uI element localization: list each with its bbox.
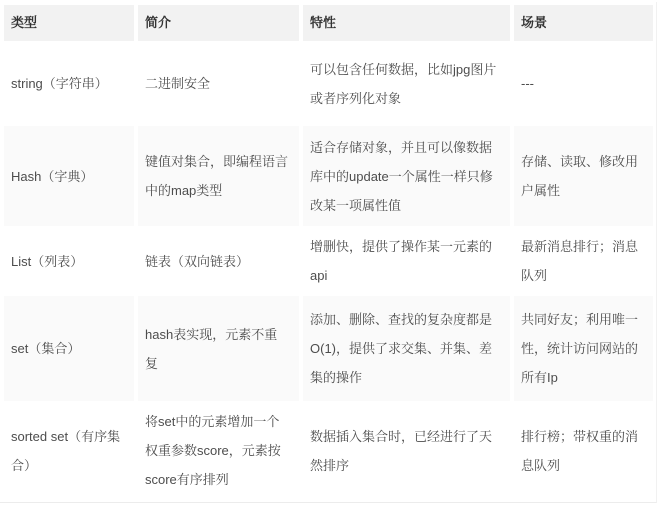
cell-scenario: 排行榜；带权重的消息队列 [514,401,653,500]
cell-type: List（列表） [4,226,134,296]
table-row-set: set（集合） hash表实现，元素不重复 添加、删除、查找的复杂度都是O(1)… [4,296,653,401]
table-row-list: List（列表） 链表（双向链表） 增删快，提供了操作某一元素的api 最新消息… [4,226,653,296]
cell-intro: 二进制安全 [138,41,299,126]
redis-types-table-container: 类型 简介 特性 场景 string（字符串） 二进制安全 可以包含任何数据，比… [0,2,657,503]
cell-type: Hash（字典） [4,126,134,226]
cell-scenario: 共同好友；利用唯一性，统计访问网站的所有Ip [514,296,653,401]
table-header-row: 类型 简介 特性 场景 [4,5,653,41]
table-row-string: string（字符串） 二进制安全 可以包含任何数据，比如jpg图片或者序列化对… [4,41,653,126]
cell-type: string（字符串） [4,41,134,126]
header-cell-scenario: 场景 [514,5,653,41]
cell-intro: 链表（双向链表） [138,226,299,296]
header-cell-intro: 简介 [138,5,299,41]
table-row-sorted-set: sorted set（有序集合） 将set中的元素增加一个权重参数score，元… [4,401,653,500]
cell-scenario: 存储、读取、修改用户属性 [514,126,653,226]
cell-intro: 键值对集合，即编程语言中的map类型 [138,126,299,226]
cell-features: 可以包含任何数据，比如jpg图片或者序列化对象 [303,41,510,126]
cell-features: 适合存储对象，并且可以像数据库中的update一个属性一样只修改某一项属性值 [303,126,510,226]
cell-features: 数据插入集合时，已经进行了天然排序 [303,401,510,500]
redis-data-types-page: 类型 简介 特性 场景 string（字符串） 二进制安全 可以包含任何数据，比… [0,0,668,507]
cell-scenario: 最新消息排行；消息队列 [514,226,653,296]
table-row-hash: Hash（字典） 键值对集合，即编程语言中的map类型 适合存储对象，并且可以像… [4,126,653,226]
redis-types-table: 类型 简介 特性 场景 string（字符串） 二进制安全 可以包含任何数据，比… [0,5,657,500]
header-cell-type: 类型 [4,5,134,41]
cell-type: set（集合） [4,296,134,401]
cell-scenario: --- [514,41,653,126]
header-cell-features: 特性 [303,5,510,41]
cell-intro: hash表实现，元素不重复 [138,296,299,401]
cell-intro: 将set中的元素增加一个权重参数score，元素按score有序排列 [138,401,299,500]
cell-features: 添加、删除、查找的复杂度都是O(1)，提供了求交集、并集、差集的操作 [303,296,510,401]
cell-features: 增删快，提供了操作某一元素的api [303,226,510,296]
cell-type: sorted set（有序集合） [4,401,134,500]
